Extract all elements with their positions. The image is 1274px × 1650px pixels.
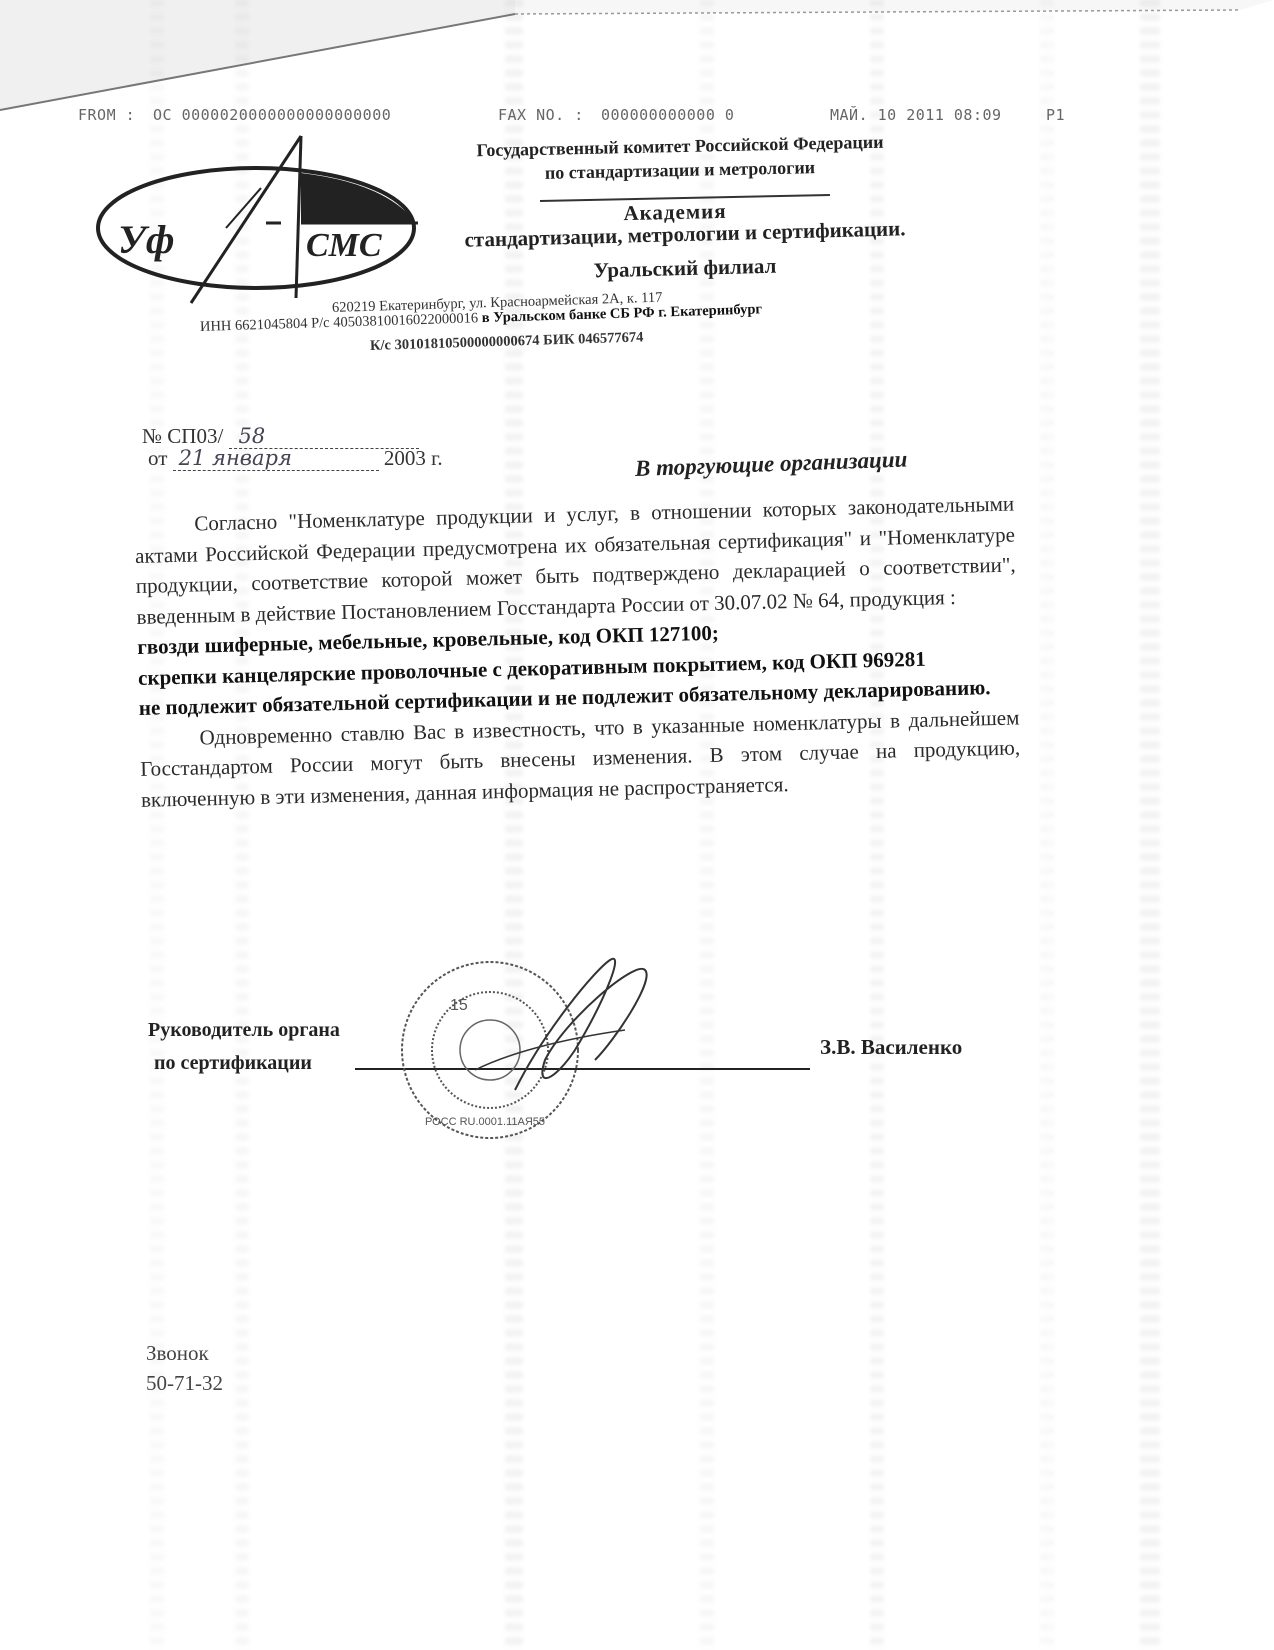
document-date: от 21 января 2003 г. xyxy=(148,446,443,471)
svg-text:СМС: СМС xyxy=(306,227,382,264)
document-number-label: № СП03/ xyxy=(142,424,223,448)
signatory-title-line2: по сертификации xyxy=(148,1047,340,1080)
fax-from-label: FROM : xyxy=(78,106,135,124)
signatory-name: З.В. Василенко xyxy=(820,1035,962,1060)
organization-logo: Уф СМС xyxy=(96,128,426,308)
contact-note: Звонок 50-71-32 xyxy=(146,1338,223,1398)
fax-datetime: МАЙ. 10 2011 08:09 xyxy=(830,106,1002,124)
stamp-seal-icon: 15 РОСС RU.0001.11АЯ55 xyxy=(395,940,665,1140)
recipient: В торгующие организации xyxy=(635,446,908,481)
signatory-title: Руководитель органа по сертификации xyxy=(148,1014,340,1080)
contact-label: Звонок xyxy=(146,1338,223,1368)
scan-streak xyxy=(1040,0,1054,1650)
fax-number-label: FAX NO. : xyxy=(498,106,584,124)
ufa-sms-logo-icon: Уф СМС xyxy=(96,128,426,308)
date-prefix: от xyxy=(148,446,167,470)
fax-number-value: 000000000000 0 xyxy=(601,106,734,124)
scan-streak xyxy=(700,0,714,1650)
signatory-title-line1: Руководитель органа xyxy=(148,1014,340,1047)
official-stamp: 15 РОСС RU.0001.11АЯ55 xyxy=(395,940,665,1140)
contact-phone: 50-71-32 xyxy=(146,1368,223,1398)
letter-body: Согласно "Номенклатуре продукции и услуг… xyxy=(134,488,1021,814)
fax-from-value: OC 0000020000000000000000 xyxy=(153,106,391,124)
body-paragraph-1: Согласно "Номенклатуре продукции и услуг… xyxy=(134,488,1017,631)
svg-text:Уф: Уф xyxy=(118,217,174,262)
date-year: 2003 г. xyxy=(384,446,443,470)
svg-text:РОСС RU.0001.11АЯ55: РОСС RU.0001.11АЯ55 xyxy=(425,1116,545,1128)
scan-streak xyxy=(1140,0,1160,1650)
fax-page: P1 xyxy=(1046,106,1065,124)
svg-text:15: 15 xyxy=(450,997,468,1014)
date-handwritten: 21 января xyxy=(173,446,379,471)
scan-streak xyxy=(870,0,884,1650)
paper-fold xyxy=(0,0,1274,120)
